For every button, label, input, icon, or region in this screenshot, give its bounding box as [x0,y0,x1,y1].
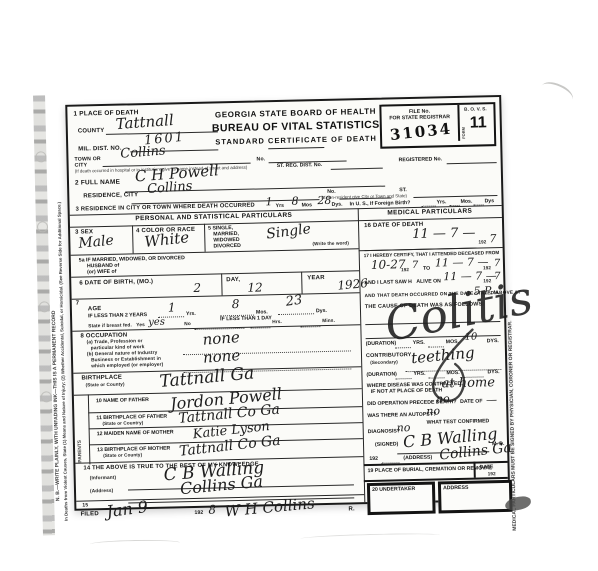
mil-dist-label: MIL. DIST. NO. [78,146,122,153]
parents-vertical-label: PARENTS [77,399,83,463]
secondary-label: (Secondary) [370,359,398,365]
mother-maiden-name-label: 12 MAIDEN NAME OF MOTHER [97,429,174,437]
attended-to-handwritten: 11 — 7 — [435,255,489,269]
certificate-sheet: N. B.—WRITE PLAINLY, WITH UNFADING INK—T… [33,81,529,544]
informant-address-label: (Address) [90,489,113,495]
marital-handwritten: Single [265,221,311,243]
standard-title: STANDARD CERTIFICATE OF DEATH [196,133,396,147]
scan-smudge-top-right [538,78,576,108]
fb-mos-label: Mos. [460,199,472,205]
informant-label: (Informant) [90,476,117,482]
dod-192-label: 192 [478,239,486,244]
age-label: AGE [88,306,102,312]
alive-on-label: ALIVE ON [416,278,441,285]
res-months-handwritten: 8 [291,195,298,208]
fb-dys-label: Dys [484,198,494,204]
filed-192-label: 192 [194,510,203,516]
bovs-label: B. O. V. S. [459,106,491,112]
dob-day-label: DAY, [226,277,240,283]
undertaker-address-box: ADDRESS [438,480,513,514]
age-item-number: 7 [76,301,80,307]
res-mos-label: Mos [302,202,313,208]
town-no-label: No. [256,156,265,162]
bureau-title: BUREAU OF VITAL STATISTICS [196,118,396,135]
burial-date-label: DATE [480,464,494,470]
filed-date-handwritten: Jan 9 [105,497,149,521]
st-reg-dist-label: ST. REG. DIST. No. [277,162,323,169]
age-sub-label: IF LESS THAN 2 YEARS [88,312,147,319]
res-yrs-label: Yrs [276,203,285,209]
mother-birthplace-note: (State or County) [103,452,142,458]
dob-label: 6 DATE OF BIRTH, (MO.) [79,279,153,287]
breast-yes-label: Yes [136,323,145,328]
file-number-box: FILE No. FOR STATE REGISTRAR 31034 B. O.… [379,102,496,149]
registrar-r-label: R. [348,506,355,512]
county-label: COUNTY [78,128,105,135]
scan-streak-bottom [90,539,180,548]
breast-no-label: No [184,322,191,327]
color-race-handwritten: White [143,228,189,251]
occupation-b-label-3: which employed (or employer) [91,363,163,370]
or-wife-of-label: (or) WIFE of [87,269,117,276]
res-dys-label: Dys. [332,202,343,208]
file-number-stamp: 31034 [389,119,453,144]
res-years-handwritten: 1 [265,195,272,208]
certificate-frame: 1 PLACE OF DEATH COUNTY Tattnall MIL. DI… [65,95,510,511]
age-yrs-label: Yrs. [186,311,196,317]
mins-label: Mins. [322,319,335,324]
from-year-handwritten: 7 [412,260,419,271]
burial-192-label: 192 [488,471,496,476]
undertaker-label: 20 UNDERTAKER [372,486,415,493]
sex-handwritten: Male [78,233,115,252]
marital-write-word-note: (Write the word) [312,240,349,246]
hrs-label: Hrs. [272,320,282,325]
dob-year-label: YEAR [307,275,325,281]
diagnosis-label: DIAGNOSIS? [368,428,400,435]
from-192-label: 192 [401,267,409,272]
dob-day-handwritten: 12 [247,280,263,294]
dod-year-handwritten: 7 [489,232,496,245]
breast-fed-label: State if breast fed. [88,323,132,329]
board-title: GEORGIA STATE BOARD OF HEALTH [195,106,395,120]
age-dys-label: Dys. [316,308,327,314]
undertaker-box: 20 UNDERTAKER [367,482,436,516]
dob-month-handwritten: 2 [193,281,201,295]
last-saw-label: AND I LAST SAW H [364,279,412,286]
occupation-label: 8 OCCUPATION [80,332,127,339]
father-name-label: 10 NAME OF FATHER [96,397,149,404]
birthplace-note: (State or County) [86,382,125,388]
to-year-handwritten: 7 [494,258,501,269]
undertaker-address-label: ADDRESS [443,485,469,492]
birthplace-label: BIRTHPLACE [81,375,122,382]
father-birthplace-note: (State or Country) [102,420,143,426]
filed-label: FILED [80,511,98,517]
breast-fed-handwritten: yes [148,317,165,328]
address-192-label: 192 [369,456,378,462]
filed-item-number: 15 [82,502,88,508]
marital-label-4: DIVORCED [213,243,241,250]
fb-yrs-label: Yrs. [436,199,446,205]
to-label: TO [423,266,430,272]
residence-city-label: RESIDENCE, CITY [83,192,138,199]
res-days-handwritten: 28 [317,194,331,207]
nonresident-note: (If non-resident give City or Town and S… [321,193,407,200]
full-name-label: 2 FULL NAME [75,179,120,187]
form-number: 11 [470,114,487,132]
signed-label: (SIGNED) [375,441,398,448]
registered-no-label: REGISTERED No. [399,156,443,163]
form-label: FORM [461,115,467,139]
duration2-label: (DURATION) [366,371,397,378]
address-label: (ADDRESS) [403,455,432,462]
filed-year-handwritten: 8 [208,503,216,517]
scanned-death-certificate: N. B.—WRITE PLAINLY, WITH UNFADING INK—T… [0,0,598,571]
